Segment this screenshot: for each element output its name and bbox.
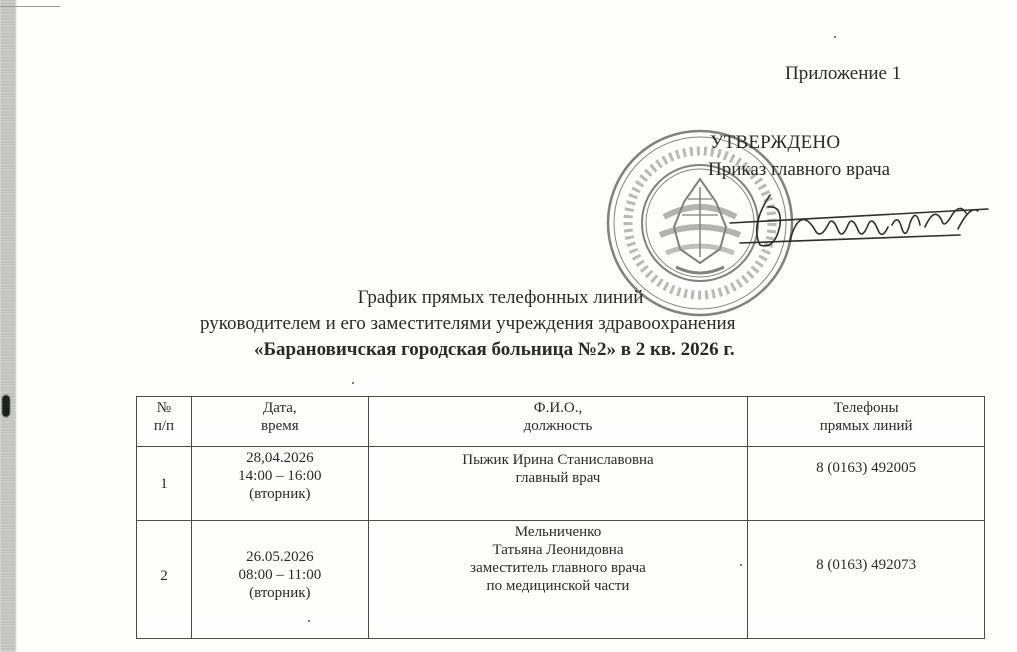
approved-label: УТВЕРЖДЕНО	[710, 132, 840, 154]
row-person: Мельниченко Татьяна Леонидовна заместите…	[368, 521, 748, 639]
title-line-2: руководителем и его заместителями учрежд…	[0, 313, 1017, 335]
scan-speck	[352, 382, 354, 384]
signature-icon	[720, 185, 990, 255]
title-line-1: График прямых телефонных линий	[0, 287, 1009, 309]
row-date: 28,04.2026	[192, 449, 368, 467]
scan-speck	[834, 36, 836, 38]
row-person: Пыжик Ирина Станиславовна главный врач	[368, 447, 748, 521]
table-row: 2 26.05.2026 08:00 – 11:00 (вторник) Мел…	[137, 521, 985, 639]
scan-speck	[308, 620, 310, 622]
header-number: № п/п	[137, 397, 192, 447]
row-date: 26.05.2026	[192, 548, 368, 566]
row-date-time: 28,04.2026 14:00 – 16:00 (вторник)	[191, 447, 368, 521]
table-row: 1 28,04.2026 14:00 – 16:00 (вторник) Пыж…	[137, 447, 985, 521]
row-phone: 8 (0163) 492005	[748, 447, 985, 521]
scan-top-line	[0, 6, 60, 7]
table-header-row: № п/п Дата, время Ф.И.О., должность Теле…	[137, 397, 985, 447]
row-weekday: (вторник)	[192, 485, 368, 503]
schedule-table: № п/п Дата, время Ф.И.О., должность Теле…	[136, 396, 985, 639]
row-time: 14:00 – 16:00	[192, 467, 368, 485]
header-date-time: Дата, время	[191, 397, 368, 447]
row-phone: 8 (0163) 492073	[748, 521, 985, 639]
header-name-position: Ф.И.О., должность	[368, 397, 748, 447]
row-date-time: 26.05.2026 08:00 – 11:00 (вторник)	[191, 521, 368, 639]
row-time: 08:00 – 11:00	[192, 566, 368, 584]
header-phones: Телефоны прямых линий	[748, 397, 985, 447]
appendix-label: Приложение 1	[785, 63, 901, 85]
order-label: Приказ главного врача	[708, 159, 890, 181]
scan-speck	[740, 564, 742, 566]
title-line-3: «Барановичская городская больница №2» в …	[0, 339, 1017, 361]
row-number: 2	[137, 521, 192, 639]
row-weekday: (вторник)	[192, 584, 368, 602]
row-number: 1	[137, 447, 192, 521]
